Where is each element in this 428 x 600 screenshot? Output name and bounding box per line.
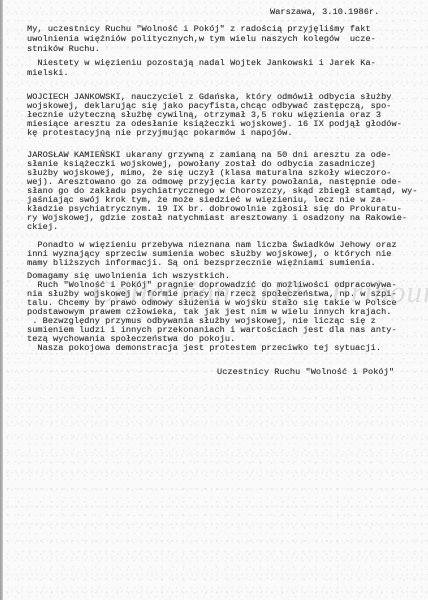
- text-line: ckiej.: [27, 223, 58, 232]
- date-line: Warszawa, 3.10.1986r.: [270, 8, 379, 17]
- text-line: kę protestacyjną nie przyjmując pokarmów…: [27, 129, 293, 138]
- text-line: Niestety w więzieniu pozostają nadal Woj…: [27, 59, 376, 68]
- scan-edge: [0, 0, 3, 600]
- text-line: My, uczestnicy Ruchu "Wolność i Pokój" z…: [27, 25, 371, 34]
- text-line: mielski.: [27, 69, 69, 78]
- text-line: stników Ruchu.: [27, 45, 100, 54]
- scanned-page: Warszawa, 3.10.1986r. My, uczestnicy Ruc…: [0, 0, 428, 600]
- signature: Uczestnicy Ruchu "Wolność i Pokój": [217, 368, 394, 377]
- text-line: ry Wojskowej, gdzie został natychmiast a…: [27, 214, 407, 223]
- text-line: Nasza pokojowa demonstracja jest protest…: [27, 344, 381, 353]
- text-line: mamy bliższych informacji. Są oni bezspr…: [27, 259, 376, 268]
- text-line: uwolnienia więźniów politycznych,w tym w…: [27, 35, 376, 44]
